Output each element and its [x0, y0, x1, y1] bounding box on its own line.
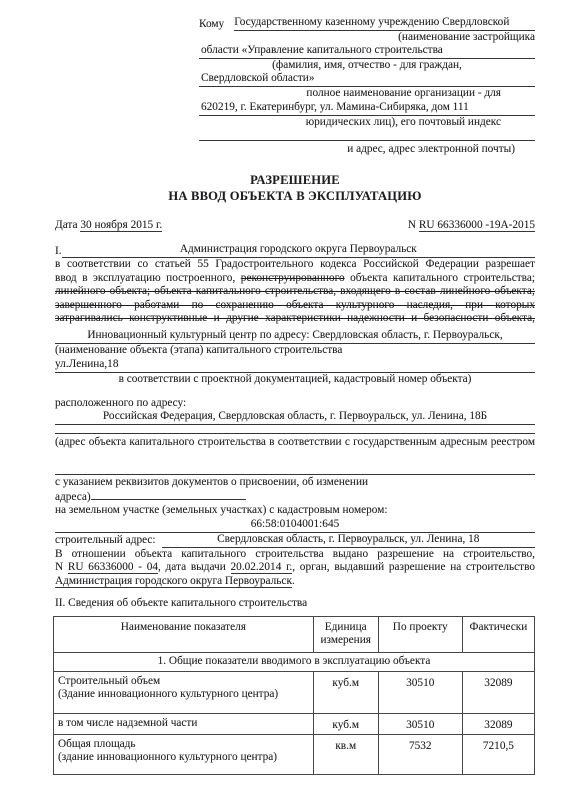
table-header-row: Наименование показателя Единица измерени…	[54, 616, 535, 652]
date-label: Дата	[55, 219, 78, 231]
permit-number-label: N	[55, 561, 68, 573]
unit-cell: кв.м	[313, 734, 378, 774]
number-field: N RU 66336000 -19А-2015	[408, 219, 535, 232]
construction-address-value: Свердловская область, г. Первоуральск, у…	[162, 533, 535, 548]
permit-issue-date: 20.02.2014 г.	[231, 561, 293, 574]
struck-line-1: линейного объекта; объекта капитального …	[55, 285, 535, 298]
to-hint-4: юридических лиц), его почтовый индекс	[199, 116, 535, 129]
permit-text-line-2: ввод в эксплуатацию построенного, реконс…	[55, 272, 535, 285]
project-cell: 30510	[378, 713, 462, 734]
table-row: Строительный объем (Здание инновационног…	[54, 671, 535, 713]
document-page: Кому Государственному казенному учрежден…	[0, 0, 579, 798]
meta-row: Дата 30 ноября 2015 г. N RU 66336000 -19…	[55, 219, 535, 232]
permit-number-value: RU 66336000 - 04	[68, 561, 158, 574]
indicator-name: Общая площадь	[58, 738, 307, 751]
title-line-2: НА ВВОД ОБЪЕКТА В ЭКСПЛУАТАЦИЮ	[55, 188, 535, 204]
located-label: расположенного по адресу:	[55, 397, 535, 410]
object-name-hint-2: в соответствии с проектной документацией…	[55, 373, 535, 386]
construction-address-label: строительный адрес:	[55, 534, 156, 547]
header-indicator: Наименование показателя	[54, 616, 314, 652]
number-label: N	[408, 219, 416, 231]
to-value: Государственному казенному учреждению Св…	[234, 16, 535, 31]
issuing-authority: Администрация городского округа Первоура…	[62, 243, 535, 258]
address-hint-2: с указанием реквизитов документов о прис…	[55, 476, 535, 489]
section-1: I. Администрация городского округа Перво…	[55, 243, 535, 325]
struck-line-2: завершенного работами по сохранению объе…	[55, 299, 535, 312]
blank-underline	[55, 425, 535, 434]
unit-cell: куб.м	[313, 671, 378, 713]
table-row: Общая площадь (здание инновационного кул…	[54, 734, 535, 774]
header-unit: Единица измерения	[313, 616, 378, 652]
date-value: 30 ноября 2015 г.	[80, 219, 162, 232]
permit-ref-line-1: В отношении объекта капитального строите…	[55, 548, 535, 561]
date-field: Дата 30 ноября 2015 г.	[55, 219, 162, 232]
indicators-table: Наименование показателя Единица измерени…	[53, 616, 535, 775]
to-hint-3: полное наименование организации - для	[199, 87, 535, 100]
blank-underline	[199, 129, 535, 141]
actual-cell: 7210,5	[462, 734, 534, 774]
permit-authority: Администрация городского округа Первоура…	[55, 575, 292, 588]
to-value-2: области «Управление капитального строите…	[199, 44, 535, 59]
project-cell: 7532	[378, 734, 462, 774]
to-hint-5: и адрес, адрес электронной почты)	[199, 143, 535, 156]
table-group-row: 1. Общие показатели вводимого в эксплуат…	[54, 652, 535, 671]
group-title: 1. Общие показатели вводимого в эксплуат…	[54, 652, 535, 671]
blank-underline	[55, 466, 535, 475]
permit-ref-mid: , дата выдачи	[158, 561, 231, 573]
indicator-name-2: (Здание инновационного культурного центр…	[58, 688, 307, 701]
address-hint-3-label: адреса)	[55, 491, 91, 503]
section-1-index: I.	[55, 245, 62, 258]
struck-line-3: затрагивались конструктивные и другие ха…	[55, 312, 535, 325]
permit-ref-line-3: Администрация городского округа Первоура…	[55, 575, 535, 588]
permit-ref-tail: , орган, выдавший разрешение на строител…	[292, 561, 535, 573]
address-hint: (адрес объекта капитального строительств…	[55, 436, 535, 449]
actual-cell: 32089	[462, 713, 534, 734]
object-block: Инновационный культурный центр по адресу…	[55, 329, 535, 385]
indicator-name: Строительный объем	[58, 675, 307, 688]
document-title: РАЗРЕШЕНИЕ НА ВВОД ОБЪЕКТА В ЭКСПЛУАТАЦИ…	[55, 172, 535, 204]
struck-option: реконструированного	[241, 272, 345, 284]
permit-text-normal-2: объекта капитального строительства;	[345, 272, 535, 284]
addressee-block: Кому Государственному казенному учрежден…	[199, 16, 535, 156]
header-actual: Фактически	[462, 616, 534, 652]
permit-text-normal: ввод в эксплуатацию построенного,	[55, 272, 241, 284]
to-value-3: Свердловской области»	[199, 72, 535, 87]
unit-cell: куб.м	[313, 713, 378, 734]
actual-cell: 32089	[462, 671, 534, 713]
to-hint-2: (фамилия, имя, отчество - для граждан,	[199, 59, 535, 72]
to-hint-1: (наименование застройщика	[199, 31, 535, 44]
header-project: По проекту	[378, 616, 462, 652]
table-row: в том числе надземной части куб.м 30510 …	[54, 713, 535, 734]
permit-period: .	[292, 575, 295, 587]
section-2-heading: II. Сведения об объекте капитального стр…	[55, 597, 535, 610]
to-value-4: 620219, г. Екатеринбург, ул. Мамина-Сиби…	[199, 101, 535, 116]
object-address-value: Российская Федерация, Свердловская облас…	[55, 410, 535, 425]
cadastral-number: 66:58:0104001:645	[55, 518, 535, 533]
indicator-name-2: (здание инновационного культурного центр…	[58, 751, 307, 764]
to-label: Кому	[199, 18, 234, 31]
object-name-value: Инновационный культурный центр по адресу…	[55, 329, 535, 344]
parcel-label: на земельном участке (земельных участках…	[55, 504, 535, 517]
blank-underline-short	[91, 489, 246, 500]
address-hint-3: адреса)	[55, 489, 535, 504]
object-name-hint: (наименование объекта (этапа) капитально…	[55, 344, 535, 357]
number-value: RU 66336000 -19А-2015	[419, 219, 535, 232]
title-line-1: РАЗРЕШЕНИЕ	[55, 172, 535, 188]
construction-address-row: строительный адрес: Свердловская область…	[55, 533, 535, 548]
project-cell: 30510	[378, 671, 462, 713]
indicator-name: в том числе надземной части	[58, 717, 307, 730]
object-name-value-2: ул.Ленина,18	[55, 358, 535, 373]
permit-ref-line-2: N RU 66336000 - 04, дата выдачи 20.02.20…	[55, 561, 535, 574]
permit-text-line-1: в соответствии со статьей 55 Градостроит…	[55, 258, 535, 271]
